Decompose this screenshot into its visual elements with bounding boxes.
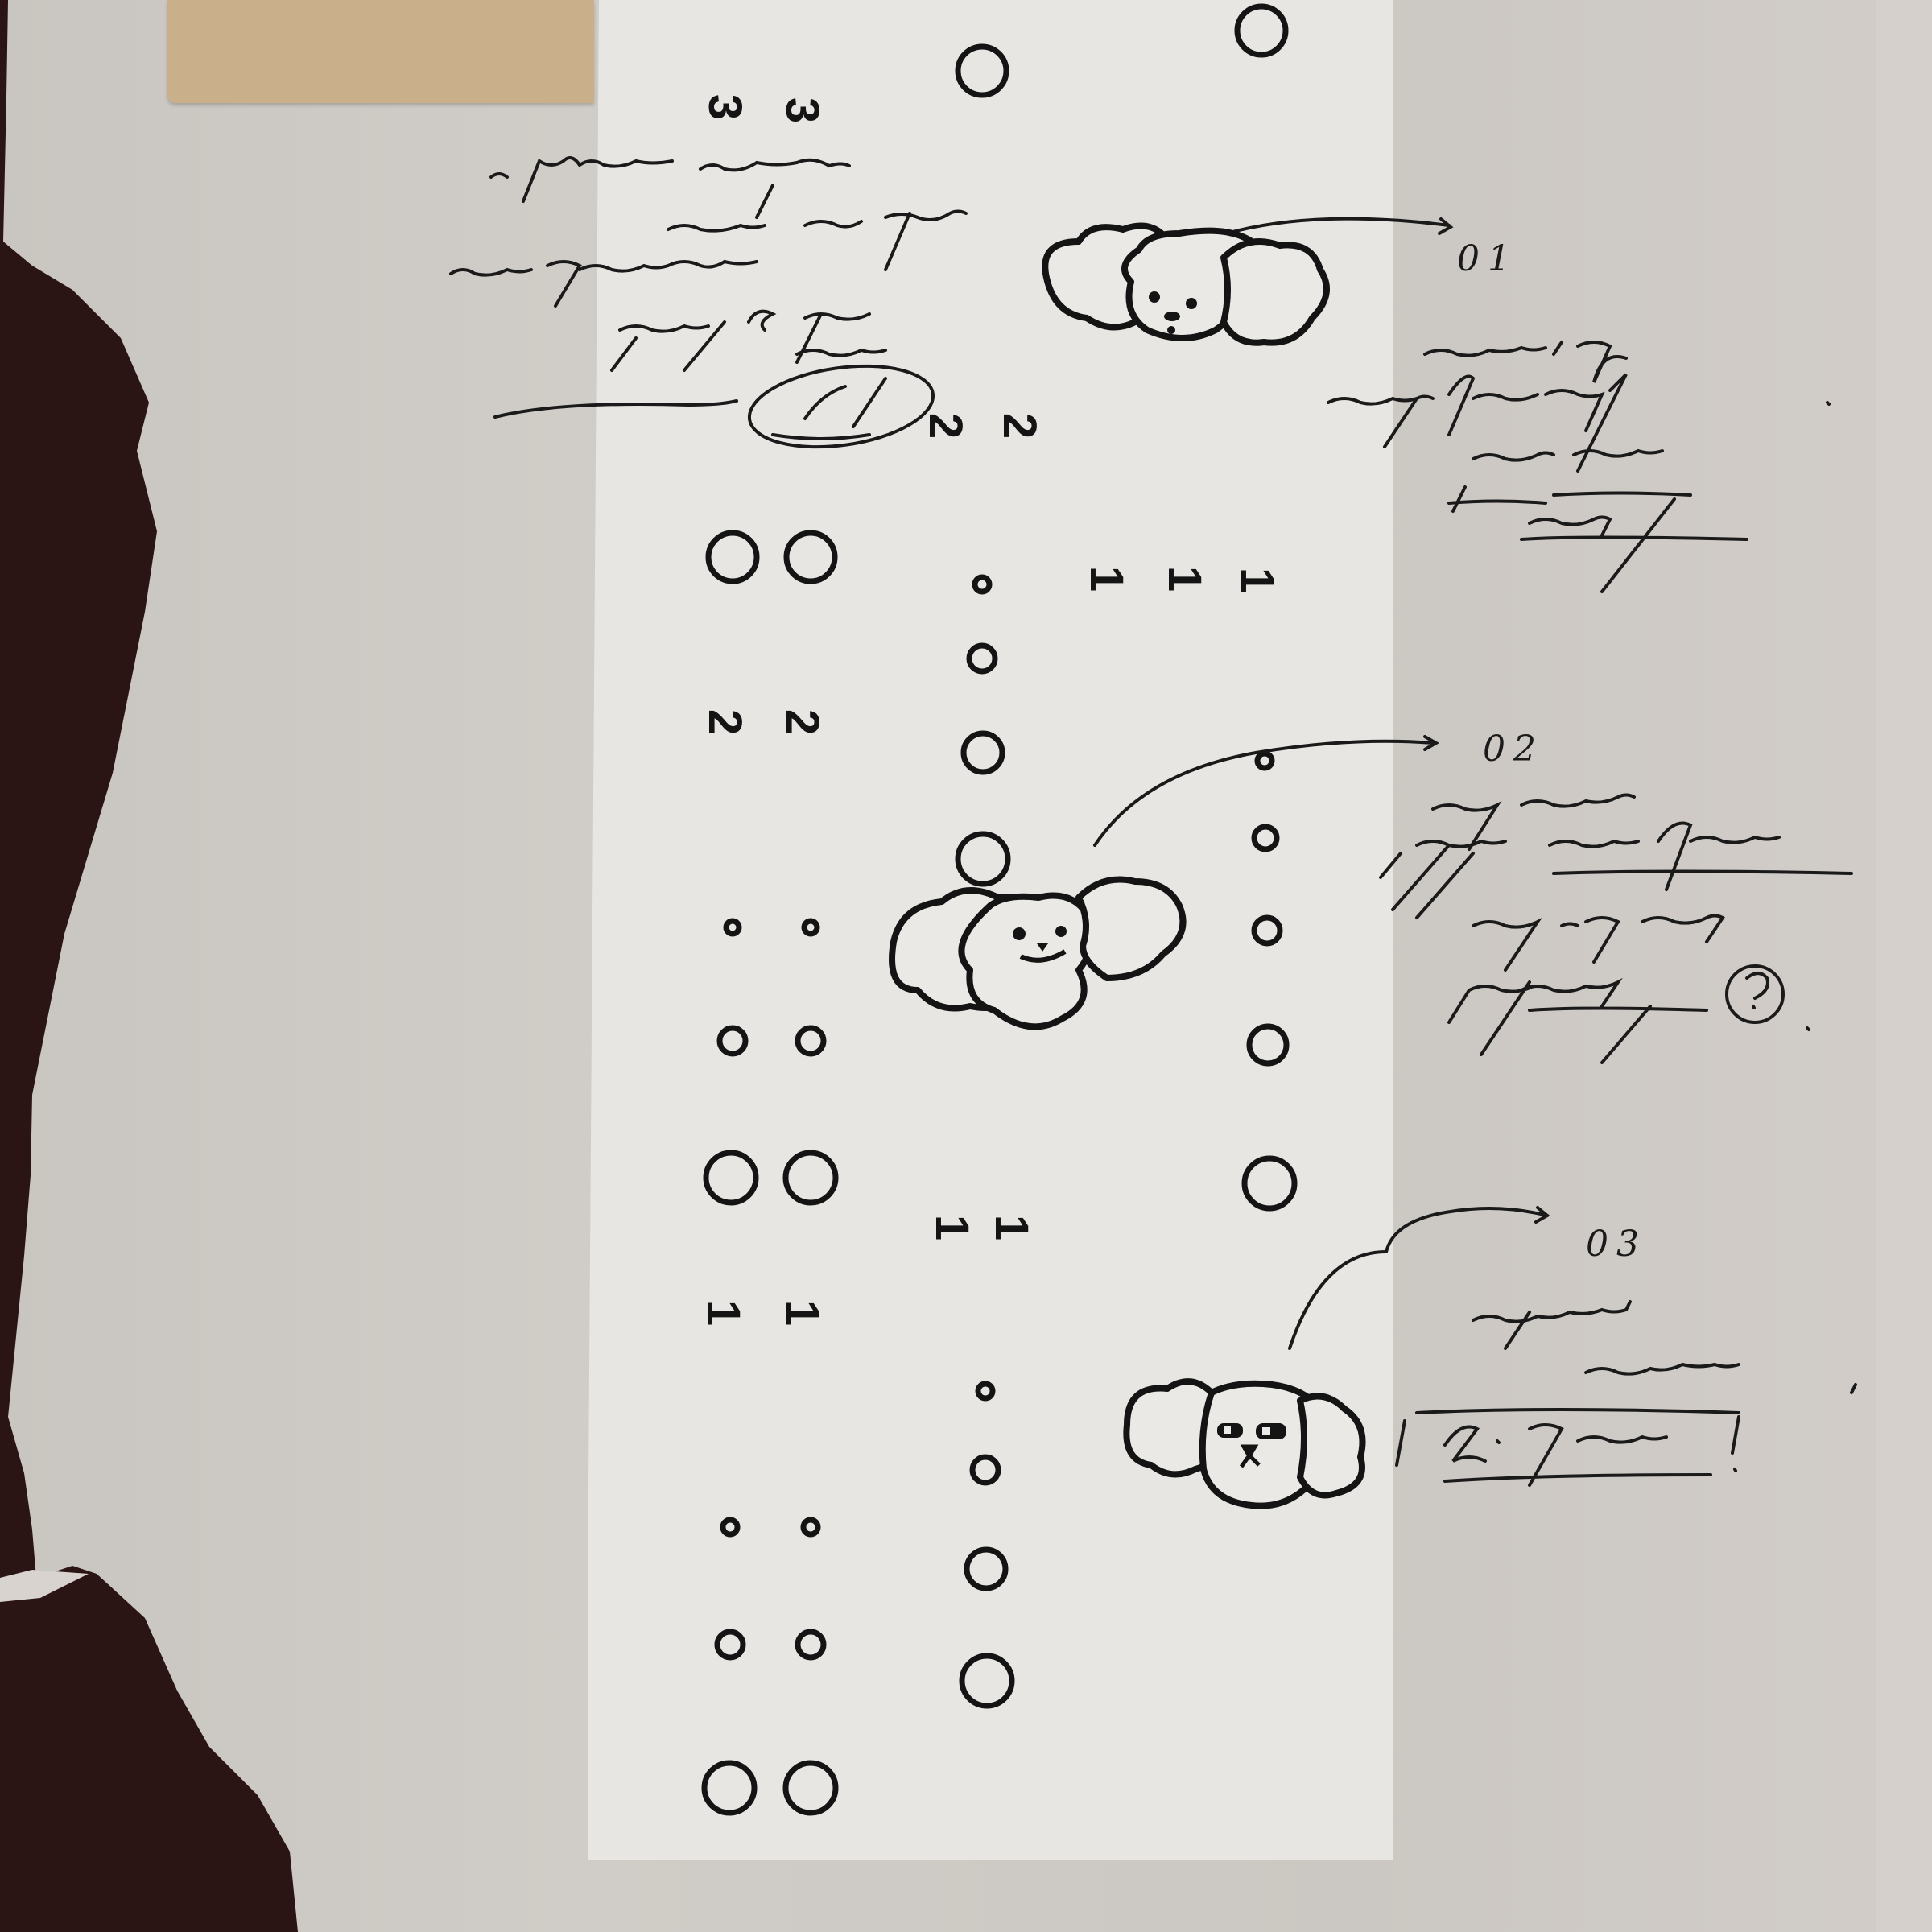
numeral-3: 3 — [701, 94, 748, 120]
numeral-2: 2 — [778, 709, 825, 735]
printed-circles-and-doodles — [0, 0, 1932, 1932]
numeral-2: 2 — [922, 413, 968, 439]
numeral-1: 1 — [778, 1300, 825, 1326]
numeral-1: 1 — [700, 1300, 746, 1326]
note-label-03: 03 — [1586, 1224, 1647, 1265]
circle-set-middle — [958, 47, 1012, 1706]
numeral-1: 1 — [1161, 566, 1207, 592]
circle-set-right — [1237, 6, 1294, 1208]
numeral-1: 1 — [1083, 566, 1129, 592]
numeral-1: 1 — [928, 1215, 975, 1241]
numeral-2: 2 — [701, 709, 748, 735]
dog-doodle-03 — [1126, 1381, 1362, 1506]
numeral-1: 1 — [1233, 568, 1280, 593]
numeral-3: 3 — [778, 97, 825, 123]
note-label-01: 01 — [1457, 238, 1518, 279]
note-label-02: 02 — [1483, 729, 1544, 770]
numeral-1: 1 — [988, 1215, 1034, 1241]
dog-doodle-01 — [1045, 226, 1327, 343]
handwriting-scribbles — [451, 158, 1856, 1485]
dog-doodle-02 — [892, 880, 1183, 1027]
numeral-2: 2 — [996, 413, 1042, 439]
